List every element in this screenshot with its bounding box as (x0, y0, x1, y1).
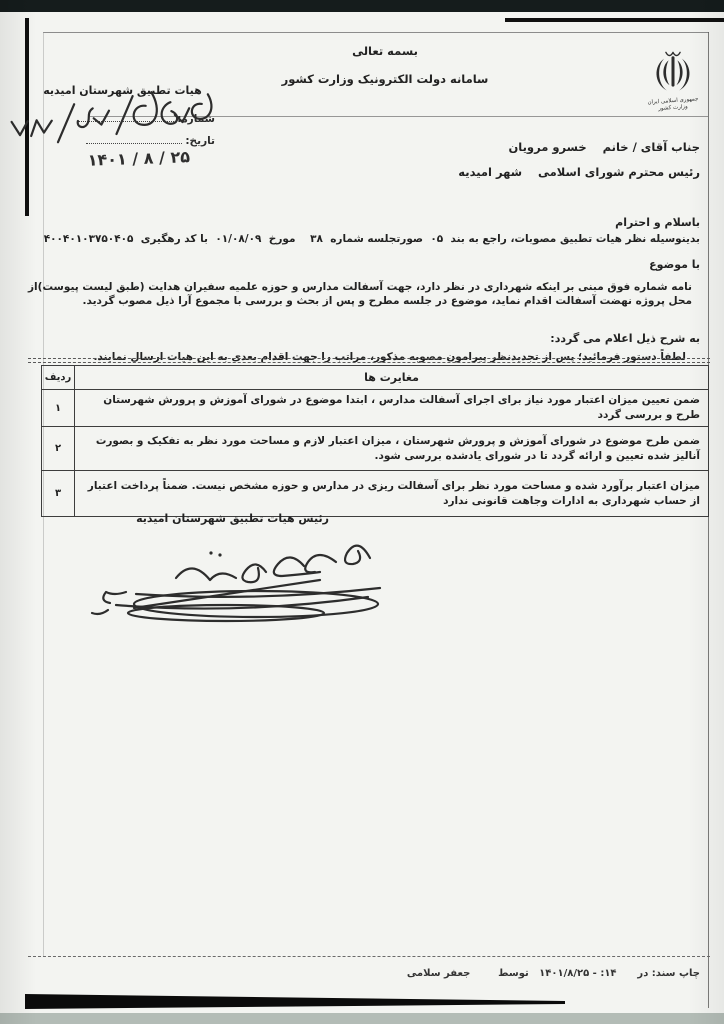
print-info-line: چاپ سند: در ۱۴: - ۱۴۰۱/۸/۲۵ توسط جعفر سل… (20, 968, 700, 979)
bismillah-text: بسمه تعالی (35, 44, 724, 58)
iran-national-emblem-icon (641, 48, 705, 94)
row-number: ۱ (42, 390, 75, 427)
column-header-row-number: ردیف (42, 366, 75, 390)
discrepancy-text: ضمن تعیین میزان اعتبار مورد نیاز برای اج… (75, 390, 709, 427)
handwritten-signature (68, 528, 398, 626)
scan-edge-bottom (0, 1013, 724, 1024)
scan-edge-top-right (505, 18, 724, 22)
column-header-discrepancies: مغایرت ها (75, 366, 709, 390)
declaration-line: به شرح ذیل اعلام می گردد: (550, 332, 700, 345)
salutation-line: باسلام و احترام (615, 216, 700, 229)
reference-line: بدینوسیله نظر هیات تطبیق مصوبات، راجع به… (20, 233, 700, 245)
dashed-separator-lower (28, 362, 710, 363)
signature-title: رئیس هیات تطبیق شهرستان امیدیه (115, 512, 350, 525)
table-header-row: مغایرت ها ردیف (42, 366, 709, 390)
footer-dashed-line (28, 956, 710, 957)
scan-shadow-wedge (25, 992, 570, 1012)
scanned-letter-page: بسمه تعالی سامانه دولت الکترونیک وزارت ک… (0, 0, 724, 1024)
recipient-name-line: جناب آقای / خانم خسرو مرویان (508, 140, 700, 154)
frame-border-right (708, 32, 709, 1008)
row-number: ۲ (42, 427, 75, 471)
frame-border-top (43, 32, 709, 33)
recipient-title-line: رئیس محترم شورای اسلامی شهر امیدیه (458, 165, 700, 179)
row-number: ۳ (42, 471, 75, 517)
discrepancy-text: میزان اعتبار برآورد شده و مساحت مورد نظر… (75, 471, 709, 517)
table-row: ضمن تعیین میزان اعتبار مورد نیاز برای اج… (42, 390, 709, 427)
discrepancies-table: مغایرت ها ردیف ضمن تعیین میزان اعتبار مو… (41, 365, 709, 517)
subject-intro-label: با موضوع (649, 258, 700, 271)
table-row: ضمن طرح موضوع در شورای آموزش و پرورش شهر… (42, 427, 709, 471)
dashed-separator-upper (28, 358, 710, 359)
discrepancy-text: ضمن طرح موضوع در شورای آموزش و پرورش شهر… (75, 427, 709, 471)
scan-edge-top (0, 0, 724, 12)
table-row: میزان اعتبار برآورد شده و مساحت مورد نظر… (42, 471, 709, 517)
subject-paragraph: نامه شماره فوق مبنی بر اینکه شهرداری در … (28, 280, 692, 308)
emblem-block: جمهوری اسلامی ایران وزارت کشور (630, 48, 716, 111)
